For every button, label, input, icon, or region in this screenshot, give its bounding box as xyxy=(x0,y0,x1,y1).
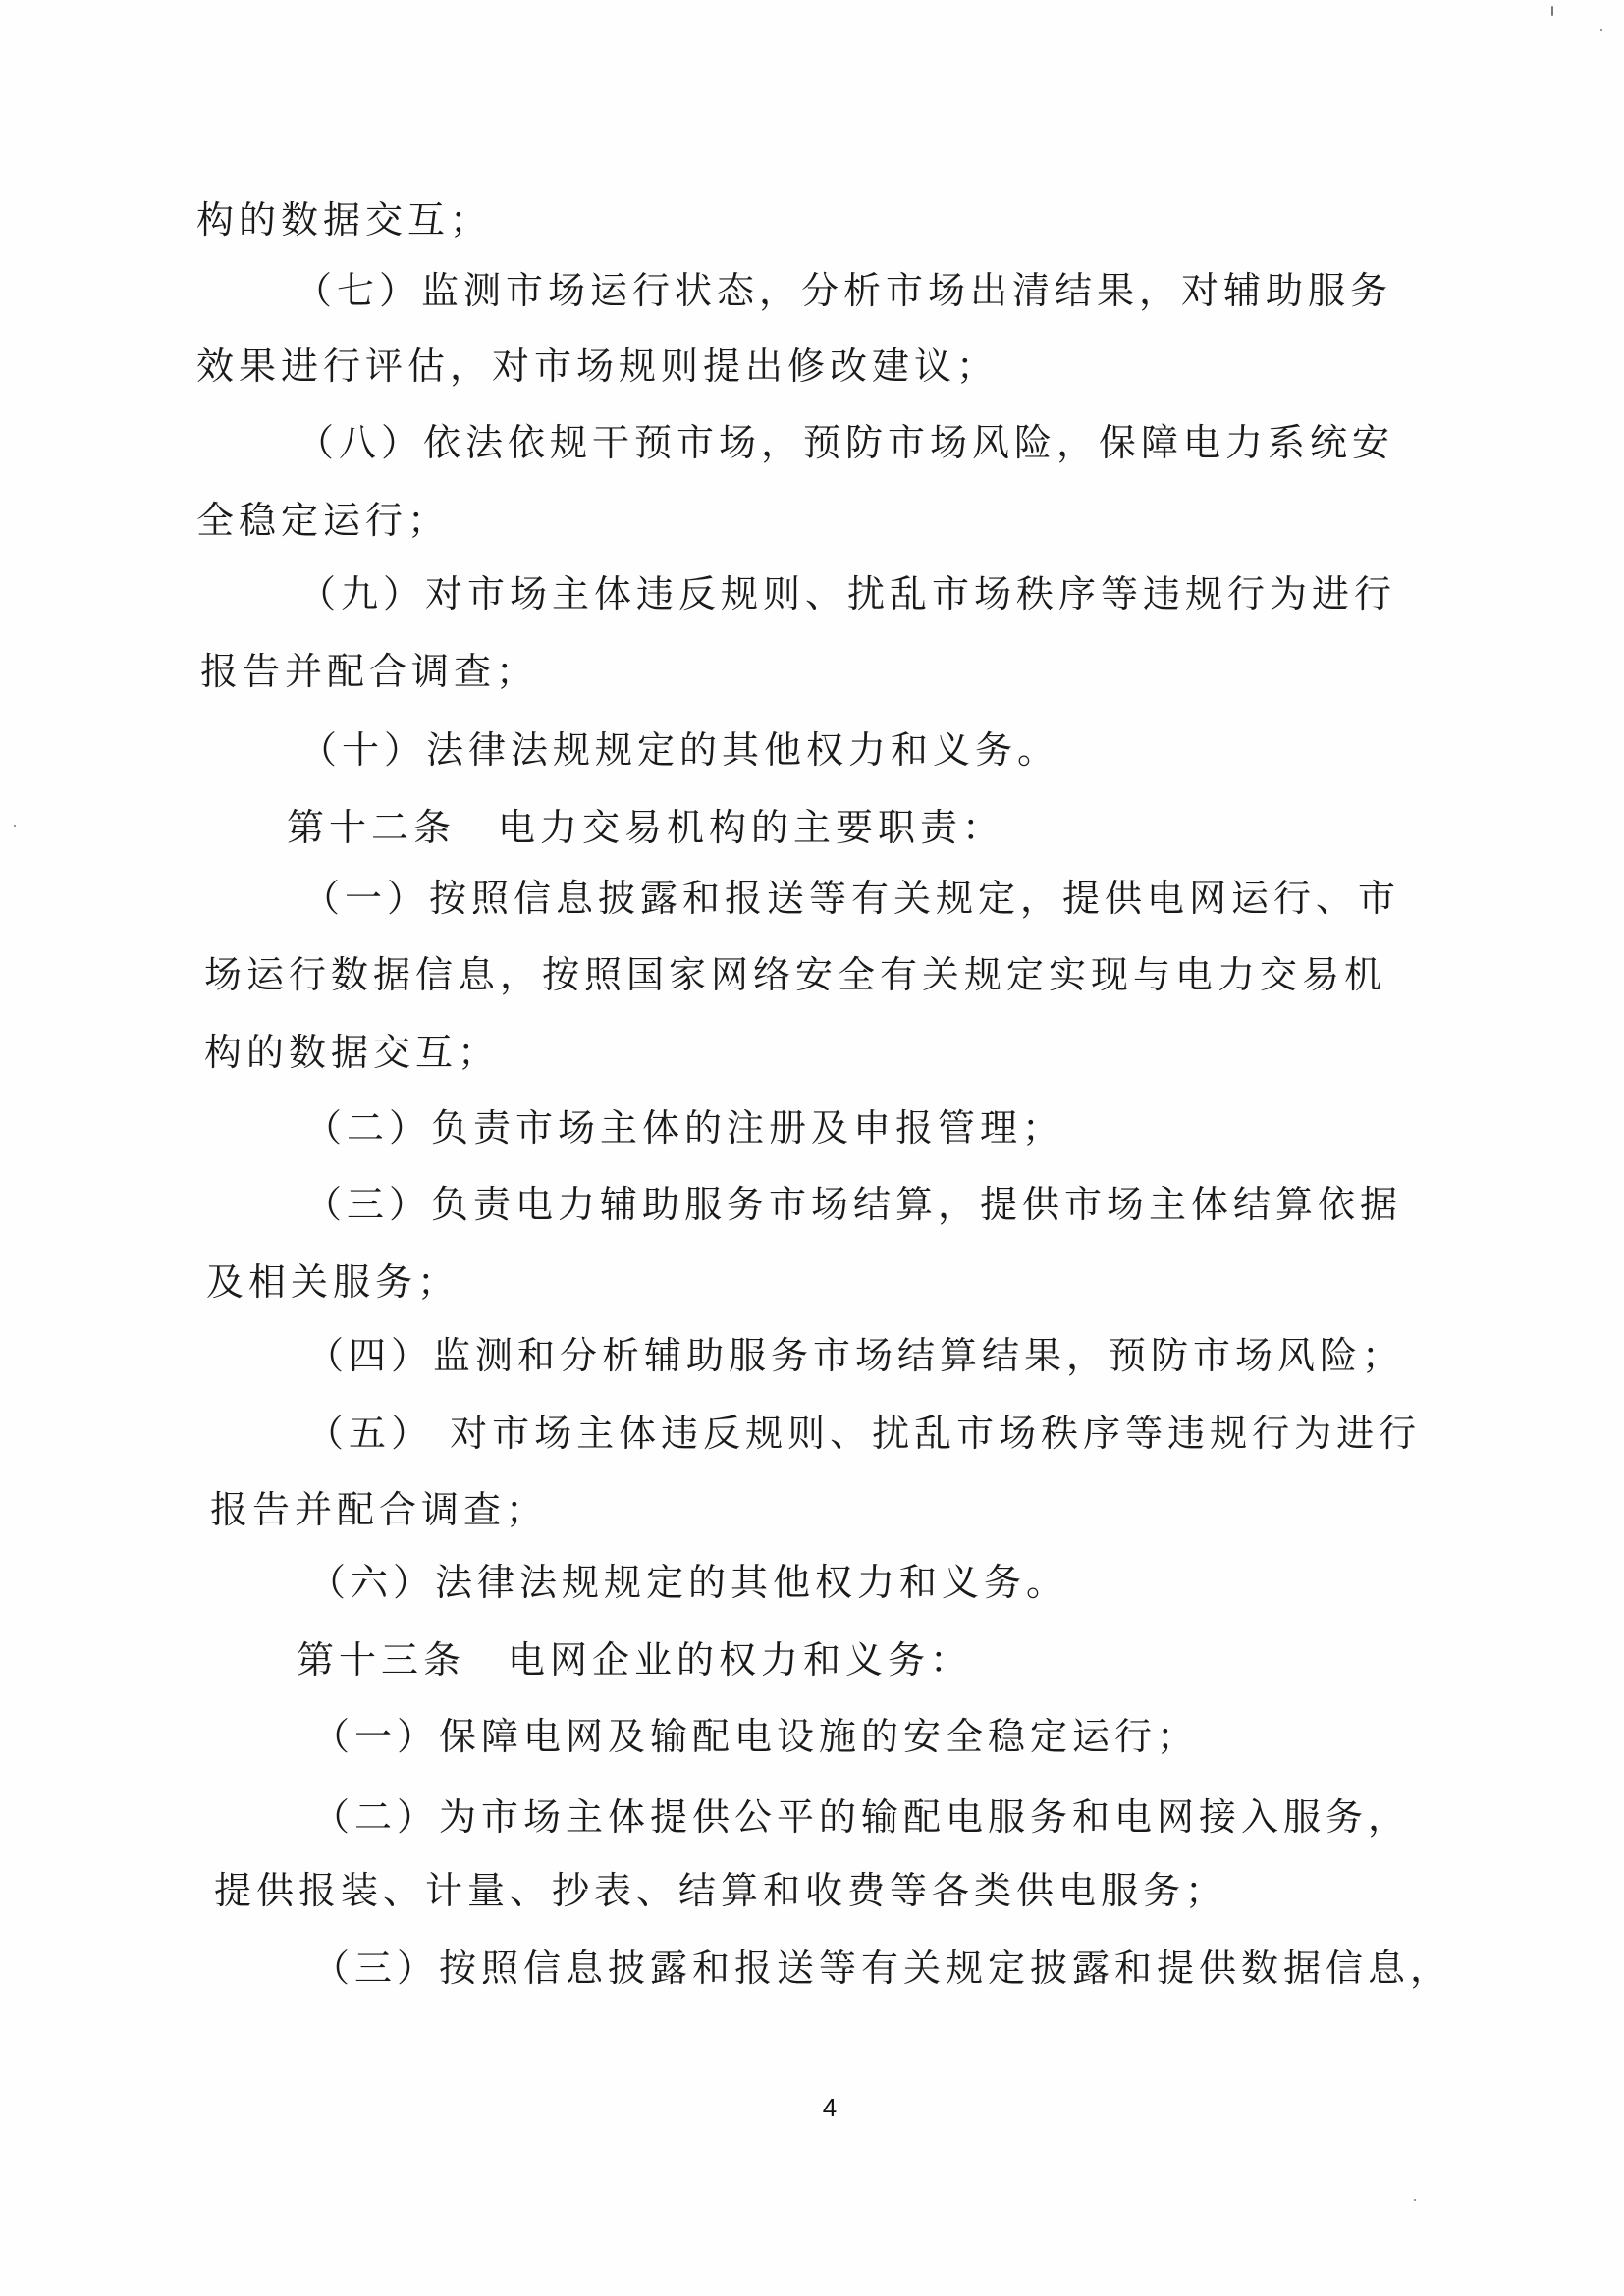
list-item-line: （三）负责电力辅助服务市场结算，提供市场主体结算依据 xyxy=(304,1182,1402,1227)
scan-speck xyxy=(1600,29,1602,31)
body-text-line: 报告并配合调查； xyxy=(210,1487,548,1532)
list-item-line: （五） 对市场主体违反规则、扰乱市场秩序等违规行为进行 xyxy=(306,1411,1421,1456)
body-text-line: 及相关服务； xyxy=(206,1259,460,1305)
scan-speck xyxy=(1414,2199,1416,2201)
list-item-line: （四）监测和分析辅助服务市场结算结果，预防市场风险； xyxy=(306,1333,1404,1378)
list-item-line: （二）负责市场主体的注册及申报管理； xyxy=(304,1105,1064,1150)
article-heading: 第十三条 电网企业的权力和义务： xyxy=(297,1637,972,1682)
body-text-line: 构的数据交互； xyxy=(204,1030,500,1075)
body-text-line: 构的数据交互； xyxy=(196,197,492,242)
list-item-line: （八）依法依规干预市场，预防市场风险，保障电力系统安 xyxy=(297,420,1394,465)
body-text-line: 场运行数据信息，按照国家网络安全有关规定实现与电力交易机 xyxy=(204,952,1386,997)
list-item-line: （三）按照信息披露和报送等有关规定披露和提供数据信息， xyxy=(312,1946,1452,1991)
page-number: 4 xyxy=(818,2093,841,2122)
body-text-line: 提供报装、计量、抄表、结算和收费等各类供电服务； xyxy=(214,1868,1227,1913)
article-heading: 第十二条 电力交易机构的主要职责： xyxy=(287,805,1004,850)
body-text-line: 报告并配合调查； xyxy=(200,649,538,694)
list-item-line: （七）监测市场运行状态，分析市场出清结果，对辅助服务 xyxy=(295,268,1392,313)
body-text-line: 效果进行评估，对市场规则提出修改建议； xyxy=(196,344,999,389)
scan-speck xyxy=(14,825,16,827)
document-page: 构的数据交互；（七）监测市场运行状态，分析市场出清结果，对辅助服务效果进行评估，… xyxy=(0,0,1624,2296)
list-item-line: （六）法律法规规定的其他权力和义务。 xyxy=(308,1560,1068,1605)
body-text-line: 全稳定运行； xyxy=(196,498,450,543)
list-item-line: （二）为市场主体提供公平的输配电服务和电网接入服务， xyxy=(312,1794,1410,1840)
scan-speck xyxy=(1551,6,1553,16)
list-item-line: （一）按照信息披露和报送等有关规定，提供电网运行、市 xyxy=(302,876,1400,921)
list-item-line: （一）保障电网及输配电设施的安全稳定运行； xyxy=(312,1714,1199,1759)
list-item-line: （九）对市场主体违反规则、扰乱市场秩序等违规行为进行 xyxy=(298,571,1396,616)
list-item-line: （十）法律法规规定的其他权力和义务。 xyxy=(299,727,1059,773)
